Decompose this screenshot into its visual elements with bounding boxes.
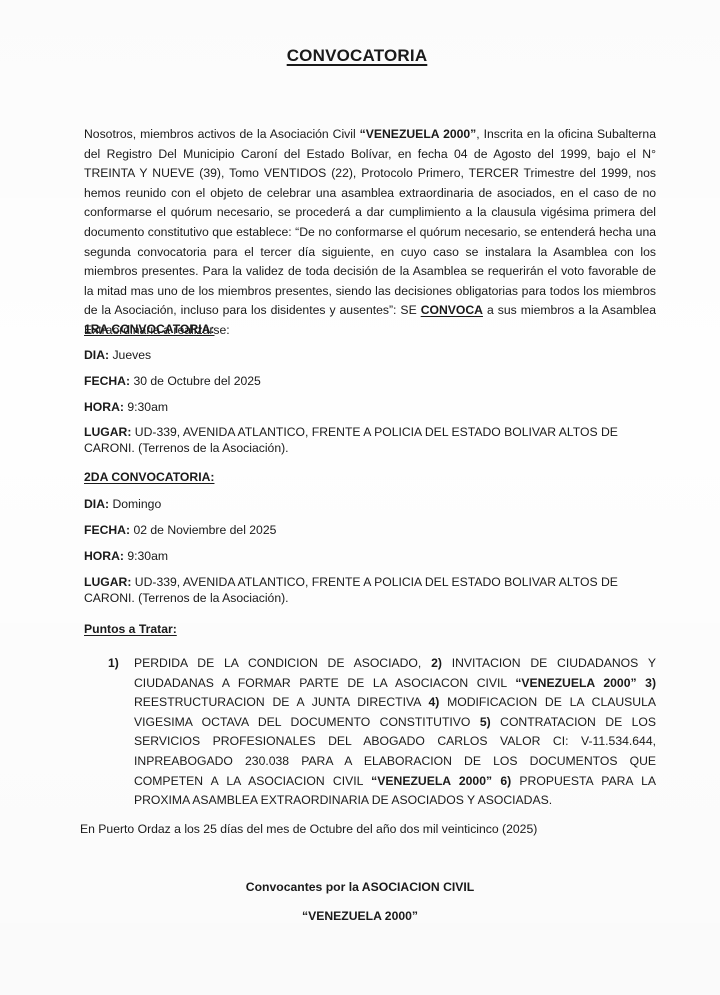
agenda-number: 5) xyxy=(480,715,491,729)
agenda-number: 4) xyxy=(428,695,439,709)
day-label: DIA: xyxy=(84,497,109,511)
agenda-number: 3) xyxy=(645,676,656,690)
convoca-emphasis: CONVOCA xyxy=(421,303,483,317)
date-value: 02 de Noviembre del 2025 xyxy=(133,523,276,537)
second-call-place: LUGAR: UD-339, AVENIDA ATLANTICO, FRENTE… xyxy=(84,574,656,606)
first-call-day: DIA: Jueves xyxy=(84,347,656,363)
day-label: DIA: xyxy=(84,348,109,362)
agenda-list: 1) PERDIDA DE LA CONDICION DE ASOCIADO, … xyxy=(112,654,656,811)
time-value: 9:30am xyxy=(127,549,168,563)
place-value: UD-339, AVENIDA ATLANTICO, FRENTE A POLI… xyxy=(84,425,618,455)
intro-paragraph: Nosotros, miembros activos de la Asociac… xyxy=(84,125,656,341)
date-label: FECHA: xyxy=(84,374,130,388)
closing-statement: En Puerto Ordaz a los 25 días del mes de… xyxy=(80,822,537,836)
org-name: “VENEZUELA 2000” xyxy=(360,127,477,141)
time-label: HORA: xyxy=(84,400,124,414)
second-call-heading: 2DA CONVOCATORIA: xyxy=(84,470,214,484)
org-name: “VENEZUELA 2000” xyxy=(371,774,492,788)
first-call-heading: 1RA CONVOCATORIA: xyxy=(84,322,214,336)
intro-text-a: Nosotros, miembros activos de la Asociac… xyxy=(84,127,360,141)
day-value: Domingo xyxy=(112,497,161,511)
document-title: CONVOCATORIA xyxy=(0,46,720,66)
signature-line-2: “VENEZUELA 2000” xyxy=(0,909,720,923)
agenda-number: 1) xyxy=(108,654,119,674)
place-value: UD-339, AVENIDA ATLANTICO, FRENTE A POLI… xyxy=(84,575,618,605)
agenda-body: PERDIDA DE LA CONDICION DE ASOCIADO, 2) … xyxy=(134,654,656,811)
time-value: 9:30am xyxy=(127,400,168,414)
signature-line-1: Convocantes por la ASOCIACION CIVIL xyxy=(0,880,720,894)
time-label: HORA: xyxy=(84,549,124,563)
agenda-number: 6) xyxy=(500,774,511,788)
agenda-item: PERDIDA DE LA CONDICION DE ASOCIADO, xyxy=(134,656,421,670)
agenda-number: 2) xyxy=(431,656,442,670)
document-page: CONVOCATORIA Nosotros, miembros activos … xyxy=(0,0,720,995)
first-call-place: LUGAR: UD-339, AVENIDA ATLANTICO, FRENTE… xyxy=(84,424,656,456)
intro-text-b: , Inscrita en la oficina Subalterna del … xyxy=(84,127,656,317)
date-label: FECHA: xyxy=(84,523,130,537)
first-call-date: FECHA: 30 de Octubre del 2025 xyxy=(84,373,656,389)
date-value: 30 de Octubre del 2025 xyxy=(133,374,260,388)
first-call-time: HORA: 9:30am xyxy=(84,399,656,415)
agenda-item: REESTRUCTURACION DE A JUNTA DIRECTIVA xyxy=(134,695,421,709)
day-value: Jueves xyxy=(112,348,151,362)
second-call-date: FECHA: 02 de Noviembre del 2025 xyxy=(84,522,656,538)
agenda-heading: Puntos a Tratar: xyxy=(84,622,177,636)
second-call-time: HORA: 9:30am xyxy=(84,548,656,564)
second-call-day: DIA: Domingo xyxy=(84,496,656,512)
place-label: LUGAR: xyxy=(84,575,131,589)
title-text: CONVOCATORIA xyxy=(287,46,434,65)
org-name: “VENEZUELA 2000” xyxy=(515,676,636,690)
place-label: LUGAR: xyxy=(84,425,131,439)
